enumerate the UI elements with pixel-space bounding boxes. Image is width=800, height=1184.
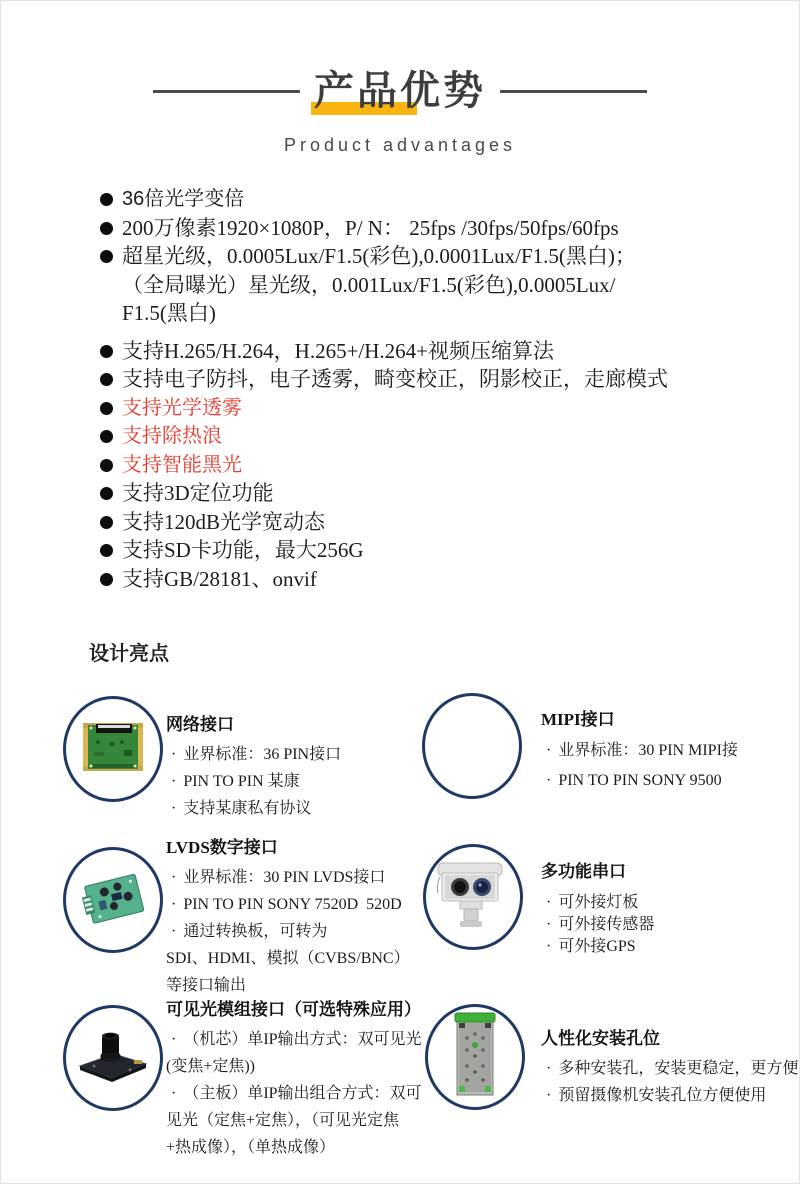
card-line: ·可外接传感器 <box>541 914 654 936</box>
middot-bullet: · <box>171 864 176 891</box>
card-line: ·预留摄像机安装孔位方便使用 <box>541 1082 798 1109</box>
middot-bullet: · <box>546 736 551 766</box>
middot-bullet: · <box>546 936 551 958</box>
feature-text: 支持H.265/H.264，H.265+/H.264+视频压缩算法 <box>122 337 554 366</box>
feature-item: 支持SD卡功能，最大256G <box>100 536 768 565</box>
card-title: 人性化安装孔位 <box>541 1028 798 1050</box>
card-line: ·可外接灯板 <box>541 892 654 914</box>
card-line-text: 等接口输出 <box>166 972 246 999</box>
bullet-icon <box>100 373 113 386</box>
middot-bullet: · <box>171 795 176 822</box>
feature-text: 支持GB/28181、onvif <box>122 565 317 594</box>
middot-bullet: · <box>546 892 551 914</box>
bullet-icon <box>100 487 113 500</box>
card-line-text: 预留摄像机安装孔位方便使用 <box>558 1082 766 1109</box>
middot-bullet: · <box>546 914 551 936</box>
card-circle <box>423 844 523 950</box>
card-line-text: 见光（定焦+定焦），（可见光定焦 <box>166 1107 399 1134</box>
middot-bullet: · <box>546 766 551 796</box>
card-line: ·PIN TO PIN 某康 <box>166 768 341 795</box>
card-line: ·多种安装孔，安装更稳定，更方便 <box>541 1055 798 1082</box>
feature-item: 支持除热浪 <box>100 422 768 451</box>
bullet-icon <box>100 573 113 586</box>
feature-item: 支持3D定位功能 <box>100 479 768 508</box>
feature-text: 支持SD卡功能，最大256G <box>122 536 364 565</box>
page-subtitle: Product advantages <box>1 135 799 156</box>
feature-item: 支持电子防抖，电子透雾，畸变校正，阴影校正，走廊模式 <box>100 365 768 394</box>
card-line: ·（机芯）单IP输出方式：双可见光 <box>166 1026 422 1053</box>
feature-list: 36倍光学变倍200万像素1920×1080P，P/ N： 25fps /30f… <box>100 185 768 593</box>
card-line-text: 可外接传感器 <box>558 914 654 936</box>
network-pcb-image <box>82 720 144 779</box>
dual-camera-image <box>430 857 516 938</box>
middot-bullet: · <box>546 1082 551 1109</box>
bullet-icon <box>100 222 113 235</box>
card-circle <box>63 847 163 953</box>
card-circle <box>425 1004 525 1110</box>
bullet-icon <box>100 516 113 529</box>
title-rule-left <box>153 90 300 93</box>
card-line-text: 多种安装孔，安装更稳定，更方便 <box>558 1055 798 1082</box>
card-line-text: +热成像），（单热成像） <box>166 1134 335 1161</box>
feature-text: 36倍光学变倍 <box>122 185 244 214</box>
feature-item: 支持GB/28181、onvif <box>100 565 768 594</box>
feature-text: 超星光级，0.0005Lux/F1.5(彩色),0.0001Lux/F1.5(黑… <box>122 242 636 271</box>
middot-bullet: · <box>171 768 176 795</box>
feature-item: 36倍光学变倍 <box>100 185 768 214</box>
card-line: 见光（定焦+定焦），（可见光定焦 <box>166 1107 422 1134</box>
page-title: 产品优势 <box>314 69 486 113</box>
card-line: ·可外接GPS <box>541 936 654 958</box>
product-page: 产品优势 Product advantages 36倍光学变倍200万像素192… <box>0 0 800 1184</box>
middot-bullet: · <box>171 891 176 918</box>
card-line: ·业界标准：30 PIN MIPI接 <box>541 736 738 766</box>
feature-item: 支持智能黑光 <box>100 451 768 480</box>
card-line-text: SDI、HDMI、模拟（CVBS/BNC） <box>166 945 410 972</box>
feature-text: 200万像素1920×1080P，P/ N： 25fps /30fps/50fp… <box>122 214 619 243</box>
card-line-text: 可外接GPS <box>558 936 635 958</box>
feature-text: F1.5(黑白) <box>122 299 636 328</box>
card-line-text: 业界标准：36 PIN接口 <box>183 741 341 768</box>
bullet-icon <box>100 459 113 472</box>
feature-item: 超星光级，0.0005Lux/F1.5(彩色),0.0001Lux/F1.5(黑… <box>100 242 768 328</box>
card-line: ·PIN TO PIN SONY 9500 <box>541 766 738 796</box>
card-line: ·PIN TO PIN SONY 7520D 520D <box>166 891 410 918</box>
card-title: LVDS数字接口 <box>166 837 410 859</box>
feature-text: 支持120dB光学宽动态 <box>122 508 325 537</box>
card-circle <box>422 693 522 799</box>
mount-plate-image <box>452 1012 498 1103</box>
card-line-text: 通过转换板，可转为 <box>183 918 327 945</box>
card-title: 网络接口 <box>166 714 341 736</box>
card-line: ·业界标准：36 PIN接口 <box>166 741 341 768</box>
card-line: +热成像），（单热成像） <box>166 1134 422 1161</box>
module-camera-image <box>74 1024 152 1093</box>
card-circle <box>63 1005 163 1111</box>
feature-text: 支持智能黑光 <box>122 451 242 480</box>
feature-text: 支持除热浪 <box>122 422 222 451</box>
title-rule-right <box>500 90 647 93</box>
card-line: ·（主板）单IP输出组合方式：双可 <box>166 1080 422 1107</box>
card-line-text: 支持某康私有协议 <box>183 795 311 822</box>
lvds-pcb-image <box>76 866 150 935</box>
card-circle <box>63 696 163 802</box>
page-title-text: 产品优势 <box>314 69 486 113</box>
feature-text: （全局曝光）星光级，0.001Lux/F1.5(彩色),0.0005Lux/ <box>122 271 636 300</box>
feature-item: 支持H.265/H.264，H.265+/H.264+视频压缩算法 <box>100 337 768 366</box>
feature-text: 支持电子防抖，电子透雾，畸变校正，阴影校正，走廊模式 <box>122 365 668 394</box>
card-line-text: 业界标准：30 PIN MIPI接 <box>558 736 738 766</box>
card-line-text: PIN TO PIN 某康 <box>183 768 299 795</box>
feature-item: 支持光学透雾 <box>100 394 768 423</box>
card-line: ·通过转换板，可转为 <box>166 918 410 945</box>
card-title: 多功能串口 <box>541 861 654 883</box>
middot-bullet: · <box>171 741 176 768</box>
bullet-icon <box>100 544 113 557</box>
card-line-text: （机芯）单IP输出方式：双可见光 <box>183 1026 421 1053</box>
bullet-icon <box>100 430 113 443</box>
card-line-text: PIN TO PIN SONY 7520D 520D <box>183 891 401 918</box>
card-line-text: 业界标准：30 PIN LVDS接口 <box>183 864 385 891</box>
card-line: 等接口输出 <box>166 972 410 999</box>
card-line-text: (变焦+定焦)) <box>166 1053 255 1080</box>
feature-item: 支持120dB光学宽动态 <box>100 508 768 537</box>
middot-bullet: · <box>546 1055 551 1082</box>
card-line: SDI、HDMI、模拟（CVBS/BNC） <box>166 945 410 972</box>
design-heading: 设计亮点 <box>89 637 169 666</box>
card-title: 可见光模组接口（可选特殊应用） <box>166 999 422 1021</box>
card-line-text: （主板）单IP输出组合方式：双可 <box>183 1080 421 1107</box>
bullet-icon <box>100 345 113 358</box>
middot-bullet: · <box>171 918 176 945</box>
card-line: ·支持某康私有协议 <box>166 795 341 822</box>
card-line: (变焦+定焦)) <box>166 1053 422 1080</box>
card-line-text: PIN TO PIN SONY 9500 <box>558 766 721 796</box>
card-line: ·业界标准：30 PIN LVDS接口 <box>166 864 410 891</box>
bullet-icon <box>100 193 113 206</box>
middot-bullet: · <box>171 1026 176 1053</box>
feature-text: 支持3D定位功能 <box>122 479 274 508</box>
bullet-icon <box>100 402 113 415</box>
middot-bullet: · <box>171 1080 176 1107</box>
feature-item: 200万像素1920×1080P，P/ N： 25fps /30fps/50fp… <box>100 214 768 243</box>
bullet-icon <box>100 250 113 263</box>
header: 产品优势 <box>1 69 799 113</box>
card-title: MIPI接口 <box>541 709 738 731</box>
card-line-text: 可外接灯板 <box>558 892 638 914</box>
feature-text: 支持光学透雾 <box>122 394 242 423</box>
